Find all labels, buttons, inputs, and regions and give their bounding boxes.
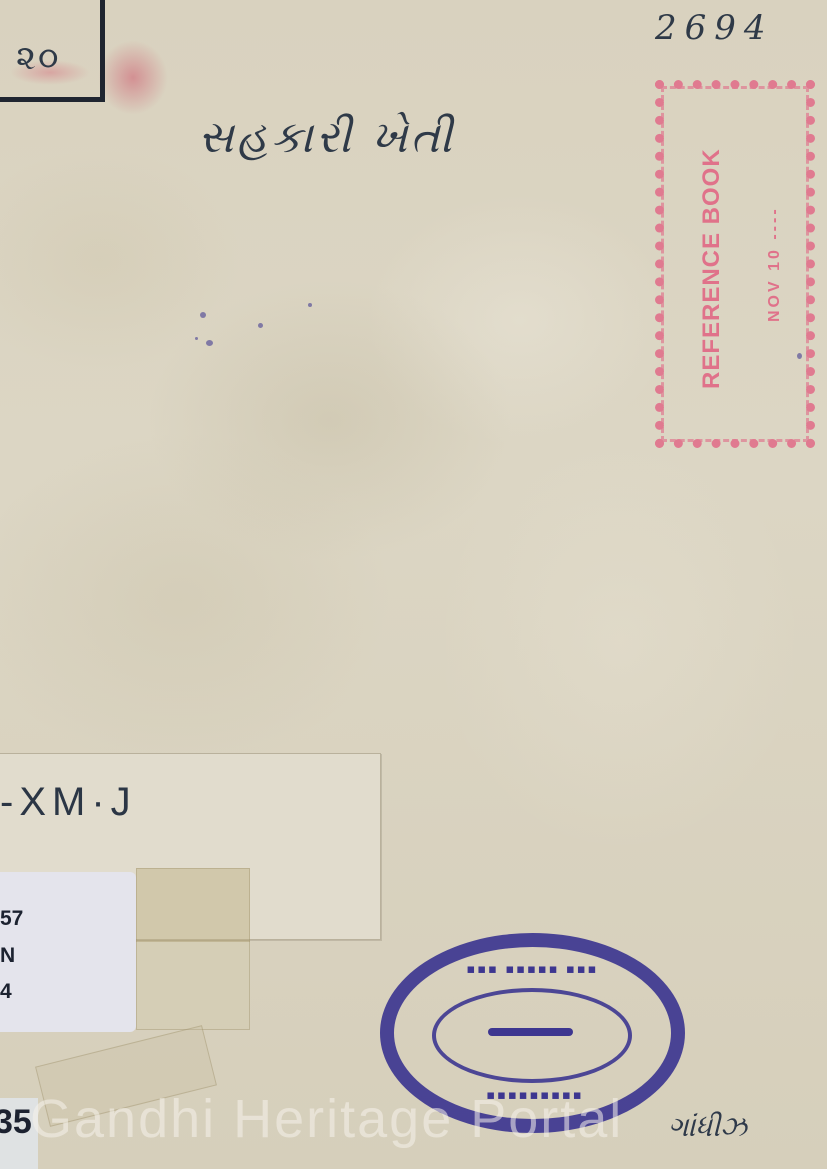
stamp-text: REFERENCE BOOK <box>692 119 732 419</box>
document-page: ૨૦ 2694 સહકારી ખેતી REFERENCE BOOK NOV 1… <box>0 0 827 1169</box>
label-line-2: N <box>0 944 15 968</box>
tape-strip <box>136 940 250 1030</box>
label-line-3: 4 <box>0 980 12 1004</box>
red-ink-smudge <box>98 40 168 115</box>
seal-center-mark <box>488 1028 573 1036</box>
reference-book-stamp: REFERENCE BOOK NOV 10 ---- <box>655 80 815 448</box>
tape-strip <box>136 868 250 942</box>
bottom-label-number: 35 <box>0 1103 32 1142</box>
top-left-number: ૨૦ <box>16 38 60 78</box>
ink-speck <box>206 340 213 346</box>
ink-speck <box>308 303 312 307</box>
library-label: 57 N 4 <box>0 872 136 1032</box>
handwritten-code: -XM·J <box>0 780 137 825</box>
ink-speck <box>200 312 206 318</box>
ink-speck <box>195 337 198 340</box>
handwritten-title: સહકારી ખેતી <box>198 112 455 163</box>
ink-speck <box>258 323 263 328</box>
label-line-1: 57 <box>0 907 23 931</box>
seal-top-text: ▪▪▪ ▪▪▪▪▪ ▪▪▪ <box>440 962 625 977</box>
stamp-date: NOV 10 ---- <box>762 139 788 389</box>
accession-number: 2694 <box>655 8 774 48</box>
watermark: Gandhi Heritage Portal <box>30 1088 820 1150</box>
